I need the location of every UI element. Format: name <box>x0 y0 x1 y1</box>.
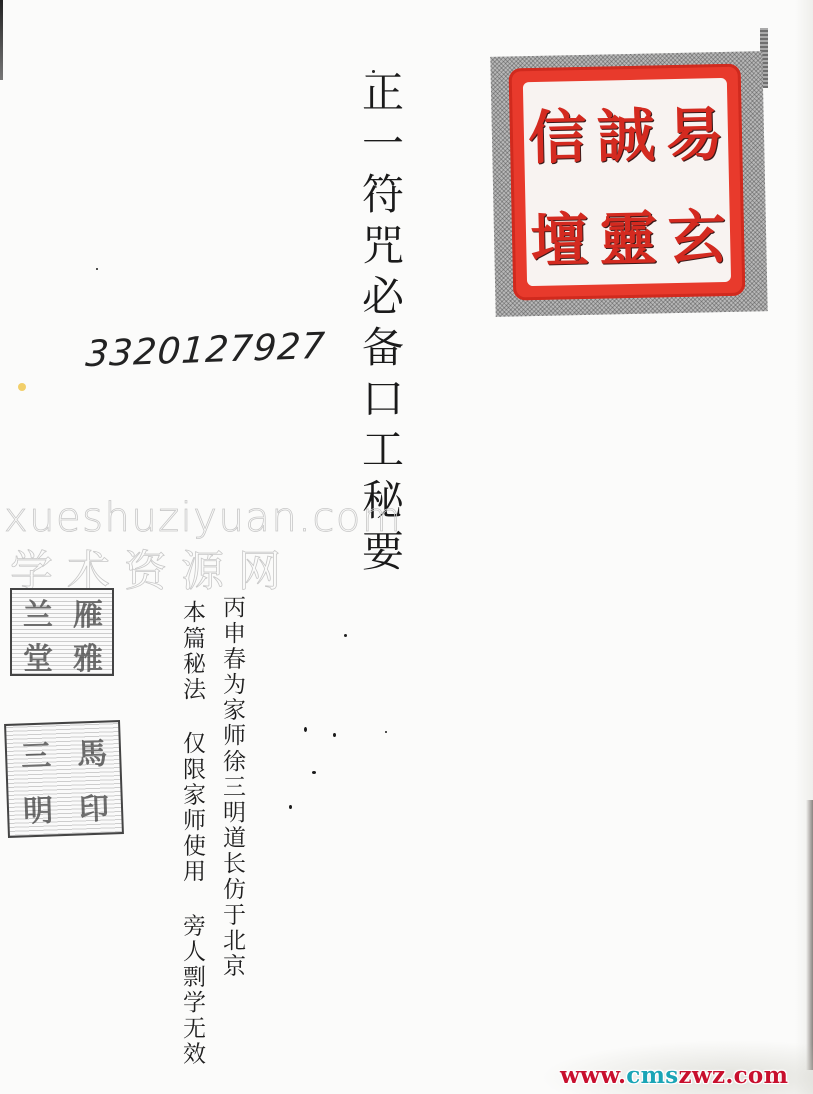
seal-glyph: 信 <box>523 81 592 183</box>
inscription-column-2: 本篇秘法 仅限家师使用 旁人剽学无效 <box>172 600 212 1067</box>
small-seal-top: 兰 雁 堂 雅 <box>10 588 114 676</box>
small-seal-bottom: 三 馬 明 印 <box>4 720 124 838</box>
ink-speck <box>96 268 98 270</box>
seal-glyph: 三 <box>6 724 64 781</box>
handwritten-number: 3320127927 <box>84 326 327 375</box>
seal-red-border: 信 誠 易 壇 靈 玄 <box>509 64 746 301</box>
seal-glyph: 堂 <box>12 634 62 678</box>
seal-glyph: 玄 <box>662 181 731 283</box>
watermark-footer-prefix: www. <box>560 1062 626 1089</box>
ink-speck <box>289 805 292 809</box>
watermark-footer-suffix: zwz.com <box>679 1062 789 1089</box>
title-end-dot <box>344 634 347 637</box>
yellow-speck <box>18 383 26 391</box>
ink-speck <box>304 727 307 732</box>
large-red-seal: 信 誠 易 壇 靈 玄 <box>490 51 767 317</box>
ink-speck <box>312 771 316 774</box>
seal-face: 信 誠 易 壇 靈 玄 <box>523 78 731 286</box>
page-left-edge <box>0 0 3 80</box>
document-title: 正一符咒必备口工秘要 <box>340 70 420 640</box>
seal-glyph: 易 <box>660 78 729 180</box>
seal-glyph: 靈 <box>594 182 663 284</box>
ink-speck <box>385 731 387 733</box>
watermark-latin: xueshuziyuan.com <box>4 495 402 541</box>
inscription-column-1: 丙申春为家师徐三明道长仿于北京 <box>212 595 252 979</box>
seal-glyph: 馬 <box>62 722 120 779</box>
seal-glyph: 印 <box>64 777 122 834</box>
seal-glyph: 壇 <box>525 184 594 286</box>
page-edge-shadow-bottom <box>806 800 813 1070</box>
seal-glyph: 誠 <box>591 79 660 181</box>
seal-glyph: 雁 <box>62 590 112 634</box>
watermark-footer-brand: cms <box>626 1062 678 1089</box>
seal-glyph: 明 <box>8 779 66 836</box>
watermark-footer: www.cmszwz.com <box>560 1062 788 1089</box>
seal-glyph: 兰 <box>12 590 62 634</box>
seal-glyph: 雅 <box>62 634 112 678</box>
ink-speck <box>333 733 336 737</box>
